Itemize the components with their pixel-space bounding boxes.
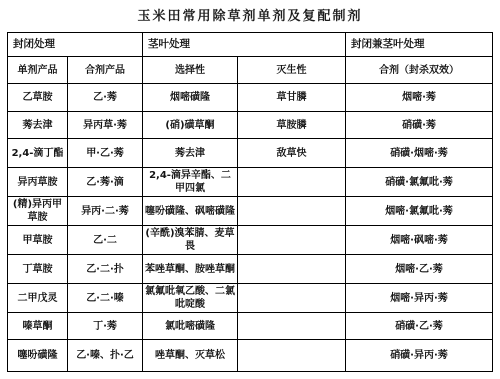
table-row: (精)异丙甲草胺异丙·二·莠噻吩磺隆、砜嘧磺隆烟嘧·氯氟吡·莠 — [8, 197, 493, 226]
table-cell: 苯唑草酮、胺唑草酮 — [143, 255, 238, 284]
table-cell — [238, 284, 346, 313]
table-cell: 硝磺·莠 — [346, 112, 493, 139]
table-cell: 烟嘧·砜嘧·莠 — [346, 226, 493, 255]
table-cell: 烟嘧·异丙·莠 — [346, 284, 493, 313]
table-cell: 甲·乙·莠 — [68, 139, 143, 168]
page-title: 玉米田常用除草剂单剂及复配制剂 — [0, 5, 500, 24]
table-row: 二甲戊灵乙·二·嗪氯氟吡氧乙酸、二氯吡啶酸烟嘧·异丙·莠 — [8, 284, 493, 313]
table-cell: 硝磺·氯氟吡·莠 — [346, 168, 493, 197]
table-cell: 嗪草酮 — [8, 313, 68, 340]
table-cell: 异丙草·莠 — [68, 112, 143, 139]
group-header-row: 封闭处理茎叶处理封闭兼茎叶处理 — [8, 33, 493, 57]
table-cell: 丁·莠 — [68, 313, 143, 340]
table-cell: 异丙草胺 — [8, 168, 68, 197]
table-row: 乙草胺乙·莠烟嘧磺隆草甘膦烟嘧·莠 — [8, 84, 493, 112]
table-cell: 异丙·二·莠 — [68, 197, 143, 226]
table-body: 乙草胺乙·莠烟嘧磺隆草甘膦烟嘧·莠莠去津异丙草·莠(硝)磺草酮草胺膦硝磺·莠2,… — [8, 84, 493, 372]
table-cell: 噻吩磺隆 — [8, 340, 68, 372]
table-cell: 草甘膦 — [238, 84, 346, 112]
table-cell: 硝磺·烟嘧·莠 — [346, 139, 493, 168]
table-cell — [238, 226, 346, 255]
herbicide-table: 封闭处理茎叶处理封闭兼茎叶处理 单剂产品合剂产品选择性灭生性合剂（封杀双效） 乙… — [7, 32, 493, 372]
column-header-cell: 灭生性 — [238, 57, 346, 84]
table-row: 嗪草酮丁·莠氯吡嘧磺隆硝磺·乙·莠 — [8, 313, 493, 340]
table-cell: 氯吡嘧磺隆 — [143, 313, 238, 340]
table-cell: 乙·莠·滴 — [68, 168, 143, 197]
table-cell: 2,4-滴丁酯 — [8, 139, 68, 168]
group-header-cell: 茎叶处理 — [143, 33, 346, 57]
table-row: 丁草胺乙·二·扑苯唑草酮、胺唑草酮烟嘧·乙·莠 — [8, 255, 493, 284]
table-cell: 莠去津 — [143, 139, 238, 168]
table-cell: 草胺膦 — [238, 112, 346, 139]
table-cell: 烟嘧·乙·莠 — [346, 255, 493, 284]
table-cell: 莠去津 — [8, 112, 68, 139]
table-cell: 乙·二·扑 — [68, 255, 143, 284]
table-cell: 乙·二·嗪 — [68, 284, 143, 313]
table-cell: 乙·莠 — [68, 84, 143, 112]
table-cell: 硝磺·异丙·莠 — [346, 340, 493, 372]
table-row: 异丙草胺乙·莠·滴2,4-滴异辛酯、二甲四氯硝磺·氯氟吡·莠 — [8, 168, 493, 197]
table-row: 2,4-滴丁酯甲·乙·莠莠去津敌草快硝磺·烟嘧·莠 — [8, 139, 493, 168]
column-header-cell: 选择性 — [143, 57, 238, 84]
document-page: 玉米田常用除草剂单剂及复配制剂 封闭处理茎叶处理封闭兼茎叶处理 单剂产品合剂产品… — [0, 0, 500, 379]
table-cell — [238, 313, 346, 340]
table-cell: 乙·二 — [68, 226, 143, 255]
column-header-cell: 合剂（封杀双效） — [346, 57, 493, 84]
table-cell: 烟嘧磺隆 — [143, 84, 238, 112]
table-cell: 2,4-滴异辛酯、二甲四氯 — [143, 168, 238, 197]
table-row: 甲草胺乙·二(辛酰)溴苯腈、麦草畏烟嘧·砜嘧·莠 — [8, 226, 493, 255]
column-header-row: 单剂产品合剂产品选择性灭生性合剂（封杀双效） — [8, 57, 493, 84]
table-cell: 丁草胺 — [8, 255, 68, 284]
table-cell: 敌草快 — [238, 139, 346, 168]
group-header-cell: 封闭处理 — [8, 33, 143, 57]
table-cell: 乙·嗪、扑·乙 — [68, 340, 143, 372]
table-cell — [238, 340, 346, 372]
table-row: 莠去津异丙草·莠(硝)磺草酮草胺膦硝磺·莠 — [8, 112, 493, 139]
table-cell — [238, 197, 346, 226]
table-cell: 硝磺·乙·莠 — [346, 313, 493, 340]
table-cell — [238, 168, 346, 197]
table-cell — [238, 255, 346, 284]
table-cell: (辛酰)溴苯腈、麦草畏 — [143, 226, 238, 255]
table-cell: 烟嘧·莠 — [346, 84, 493, 112]
table-cell: 唑草酮、灭草松 — [143, 340, 238, 372]
table-cell: 烟嘧·氯氟吡·莠 — [346, 197, 493, 226]
table-cell: (精)异丙甲草胺 — [8, 197, 68, 226]
table-cell: 甲草胺 — [8, 226, 68, 255]
table-cell: 氯氟吡氧乙酸、二氯吡啶酸 — [143, 284, 238, 313]
column-header-cell: 单剂产品 — [8, 57, 68, 84]
group-header-cell: 封闭兼茎叶处理 — [346, 33, 493, 57]
table-cell: 乙草胺 — [8, 84, 68, 112]
table-cell: 二甲戊灵 — [8, 284, 68, 313]
table-row: 噻吩磺隆乙·嗪、扑·乙唑草酮、灭草松硝磺·异丙·莠 — [8, 340, 493, 372]
table-cell: (硝)磺草酮 — [143, 112, 238, 139]
table-cell: 噻吩磺隆、砜嘧磺隆 — [143, 197, 238, 226]
column-header-cell: 合剂产品 — [68, 57, 143, 84]
